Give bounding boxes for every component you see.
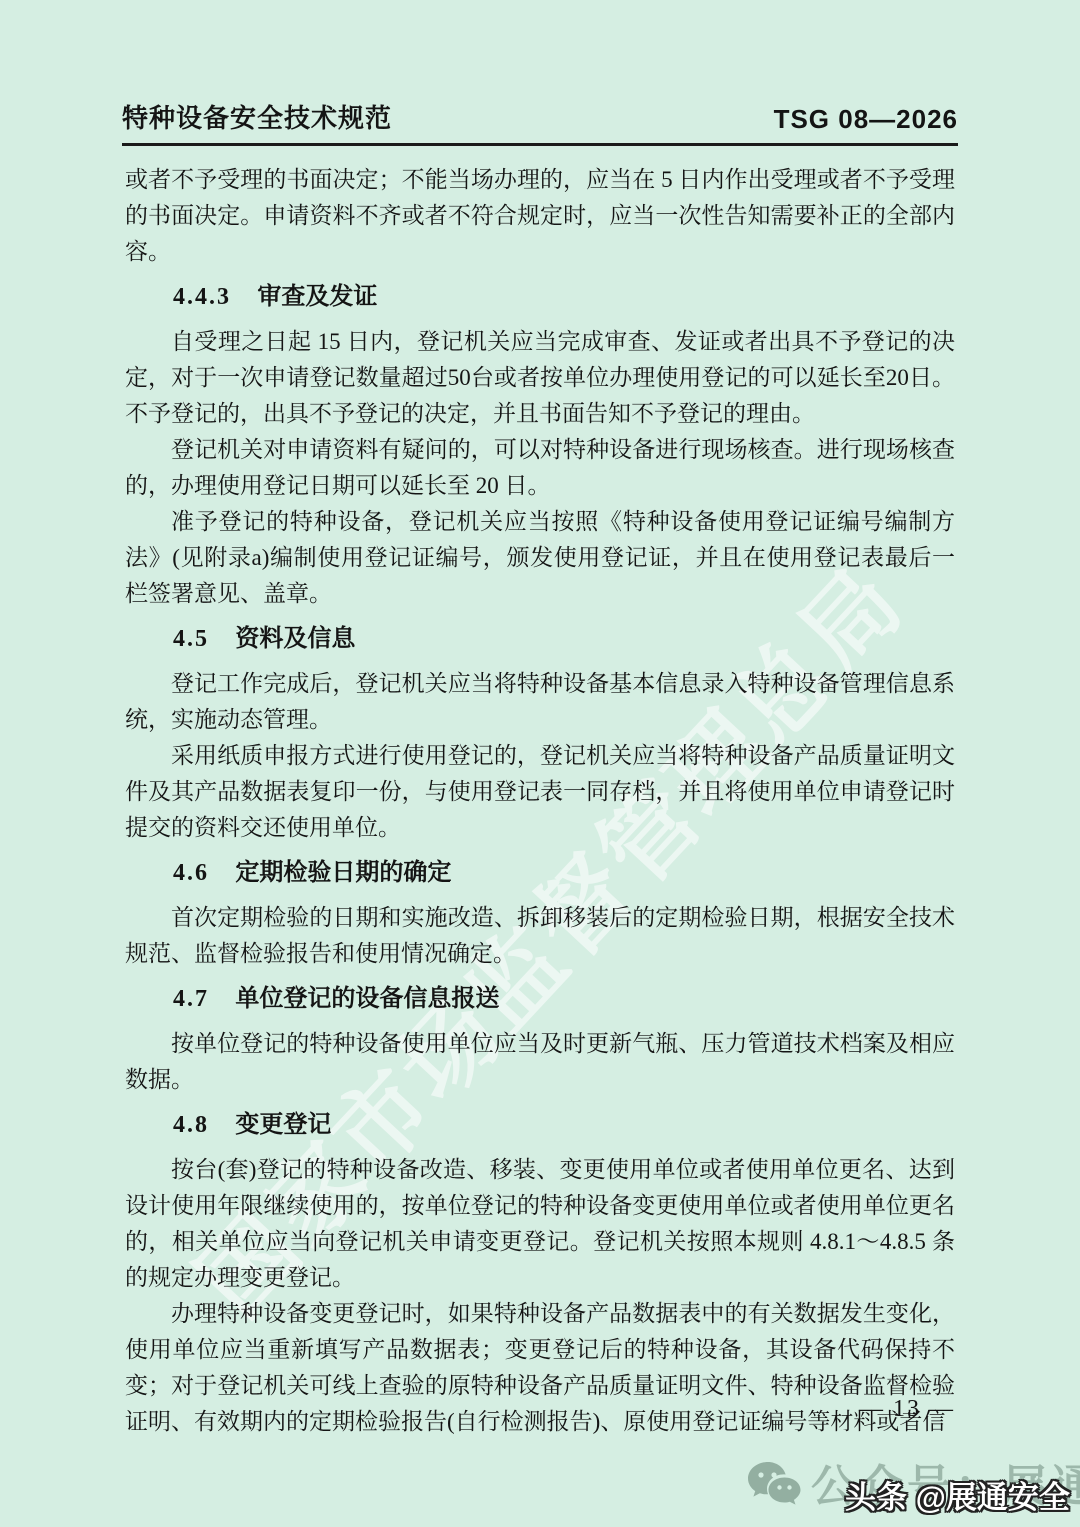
body-paragraph: 登记机关对申请资料有疑问的，可以对特种设备进行现场核查。进行现场核查的，办理使用… bbox=[125, 432, 955, 504]
body-paragraph: 或者不予受理的书面决定；不能当场办理的，应当在 5 日内作出受理或者不予受理的书… bbox=[125, 162, 955, 270]
section-heading: 4.7单位登记的设备信息报送 bbox=[125, 981, 955, 1017]
section-number: 4.4.3 bbox=[173, 284, 231, 310]
section-heading: 4.8变更登记 bbox=[125, 1107, 955, 1143]
section-number: 4.8 bbox=[173, 1112, 209, 1138]
document-body: 或者不予受理的书面决定；不能当场办理的，应当在 5 日内作出受理或者不予受理的书… bbox=[125, 162, 955, 1440]
brand-overlay-label: 头条 @展通安全 bbox=[845, 1472, 1070, 1517]
body-paragraph: 首次定期检验的日期和实施改造、拆卸移装后的定期检验日期，根据安全技术规范、监督检… bbox=[125, 900, 955, 972]
section-number: 4.7 bbox=[173, 986, 209, 1012]
section-title: 变更登记 bbox=[235, 1112, 331, 1138]
section-heading: 4.4.3审查及发证 bbox=[125, 279, 955, 315]
wechat-icon bbox=[747, 1460, 803, 1510]
footer-brand-watermark: 公众号：展通安全 头条 @展通安全 bbox=[735, 1448, 1080, 1527]
body-paragraph: 按单位登记的特种设备使用单位应当及时更新气瓶、压力管道技术档案及相应数据。 bbox=[125, 1026, 955, 1098]
section-heading: 4.6定期检验日期的确定 bbox=[125, 855, 955, 891]
body-paragraph: 准予登记的特种设备，登记机关应当按照《特种设备使用登记证编号编制方法》(见附录a… bbox=[125, 504, 955, 612]
section-title: 资料及信息 bbox=[235, 626, 355, 652]
header-document-title: 特种设备安全技术规范 bbox=[122, 98, 392, 135]
document-page: 国家市场监督管理总局 特种设备安全技术规范 TSG 08—2026 或者不予受理… bbox=[0, 0, 1080, 1527]
body-paragraph: 按台(套)登记的特种设备改造、移装、变更使用单位或者使用单位更名、达到设计使用年… bbox=[125, 1152, 955, 1296]
section-title: 审查及发证 bbox=[257, 284, 377, 310]
section-title: 单位登记的设备信息报送 bbox=[235, 986, 499, 1012]
section-number: 4.6 bbox=[173, 860, 209, 886]
header-standard-code: TSG 08—2026 bbox=[774, 104, 958, 135]
body-paragraph: 登记工作完成后，登记机关应当将特种设备基本信息录入特种设备管理信息系统，实施动态… bbox=[125, 666, 955, 738]
section-heading: 4.5资料及信息 bbox=[125, 621, 955, 657]
page-header: 特种设备安全技术规范 TSG 08—2026 bbox=[122, 98, 958, 146]
body-paragraph: 采用纸质申报方式进行使用登记的，登记机关应当将特种设备产品质量证明文件及其产品数… bbox=[125, 738, 955, 846]
body-paragraph: 自受理之日起 15 日内，登记机关应当完成审查、发证或者出具不予登记的决定，对于… bbox=[125, 324, 955, 432]
page-number: — 13 — bbox=[859, 1396, 955, 1423]
body-paragraph: 办理特种设备变更登记时，如果特种设备产品数据表中的有关数据发生变化，使用单位应当… bbox=[125, 1296, 955, 1440]
section-number: 4.5 bbox=[173, 626, 209, 652]
section-title: 定期检验日期的确定 bbox=[235, 860, 451, 886]
